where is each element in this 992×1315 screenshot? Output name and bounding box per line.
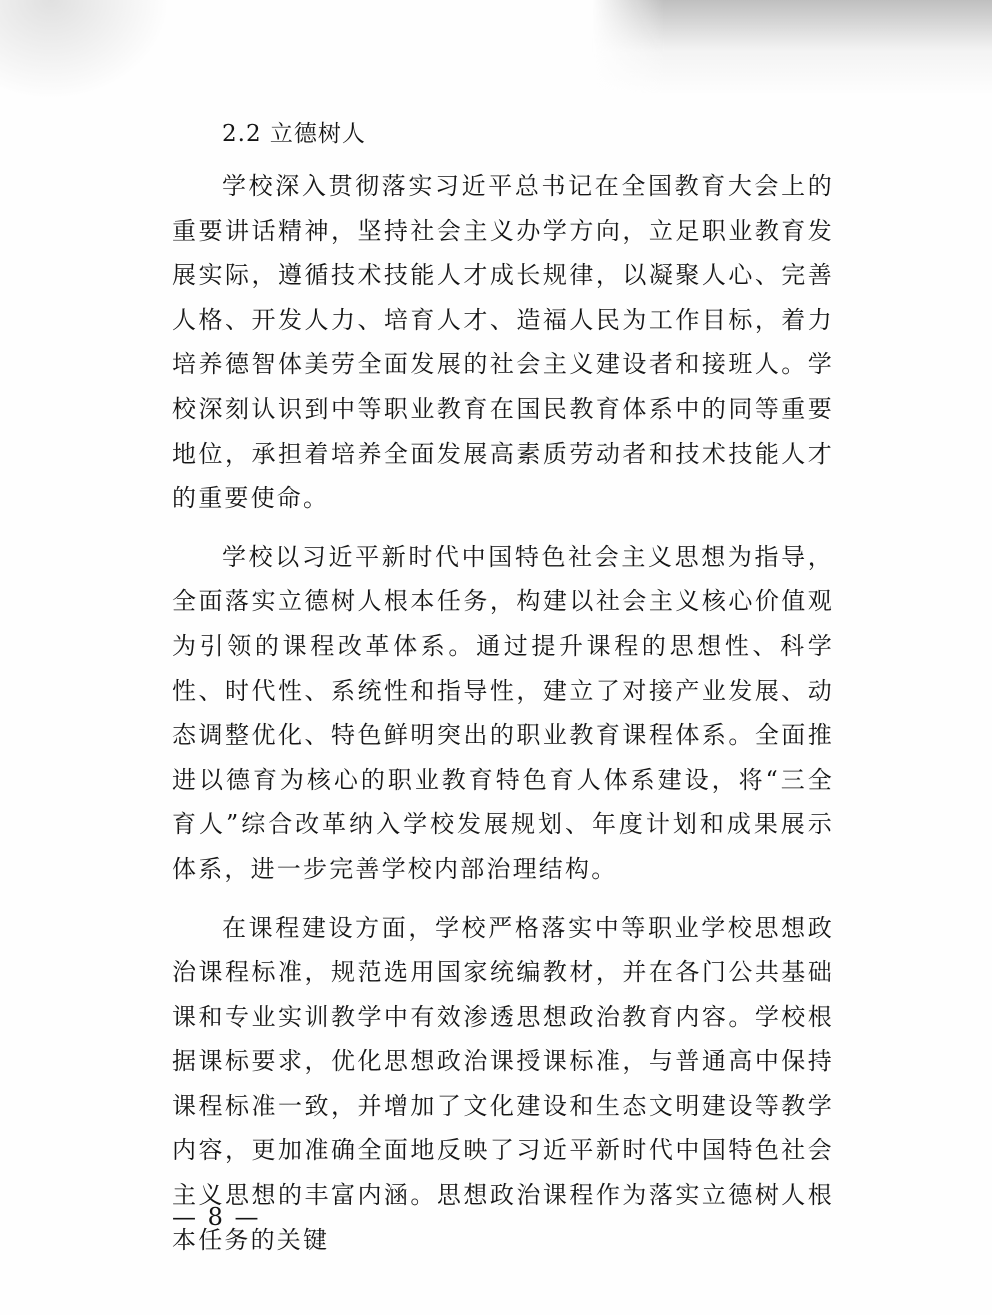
- section-heading: 2.2 立德树人: [172, 112, 834, 156]
- page-shadow-right: [592, 0, 992, 95]
- paragraph-2: 学校以习近平新时代中国特色社会主义思想为指导，全面落实立德树人根本任务，构建以社…: [172, 535, 834, 892]
- paragraph-1: 学校深入贯彻落实习近平总书记在全国教育大会上的重要讲话精神，坚持社会主义办学方向…: [172, 164, 834, 521]
- page-shadow-left: [0, 0, 170, 100]
- page-number: — 8 —: [172, 1203, 261, 1231]
- document-page: 2.2 立德树人 学校深入贯彻落实习近平总书记在全国教育大会上的重要讲话精神，坚…: [172, 112, 834, 1276]
- paragraph-3: 在课程建设方面，学校严格落实中等职业学校思想政治课程标准，规范选用国家统编教材，…: [172, 906, 834, 1263]
